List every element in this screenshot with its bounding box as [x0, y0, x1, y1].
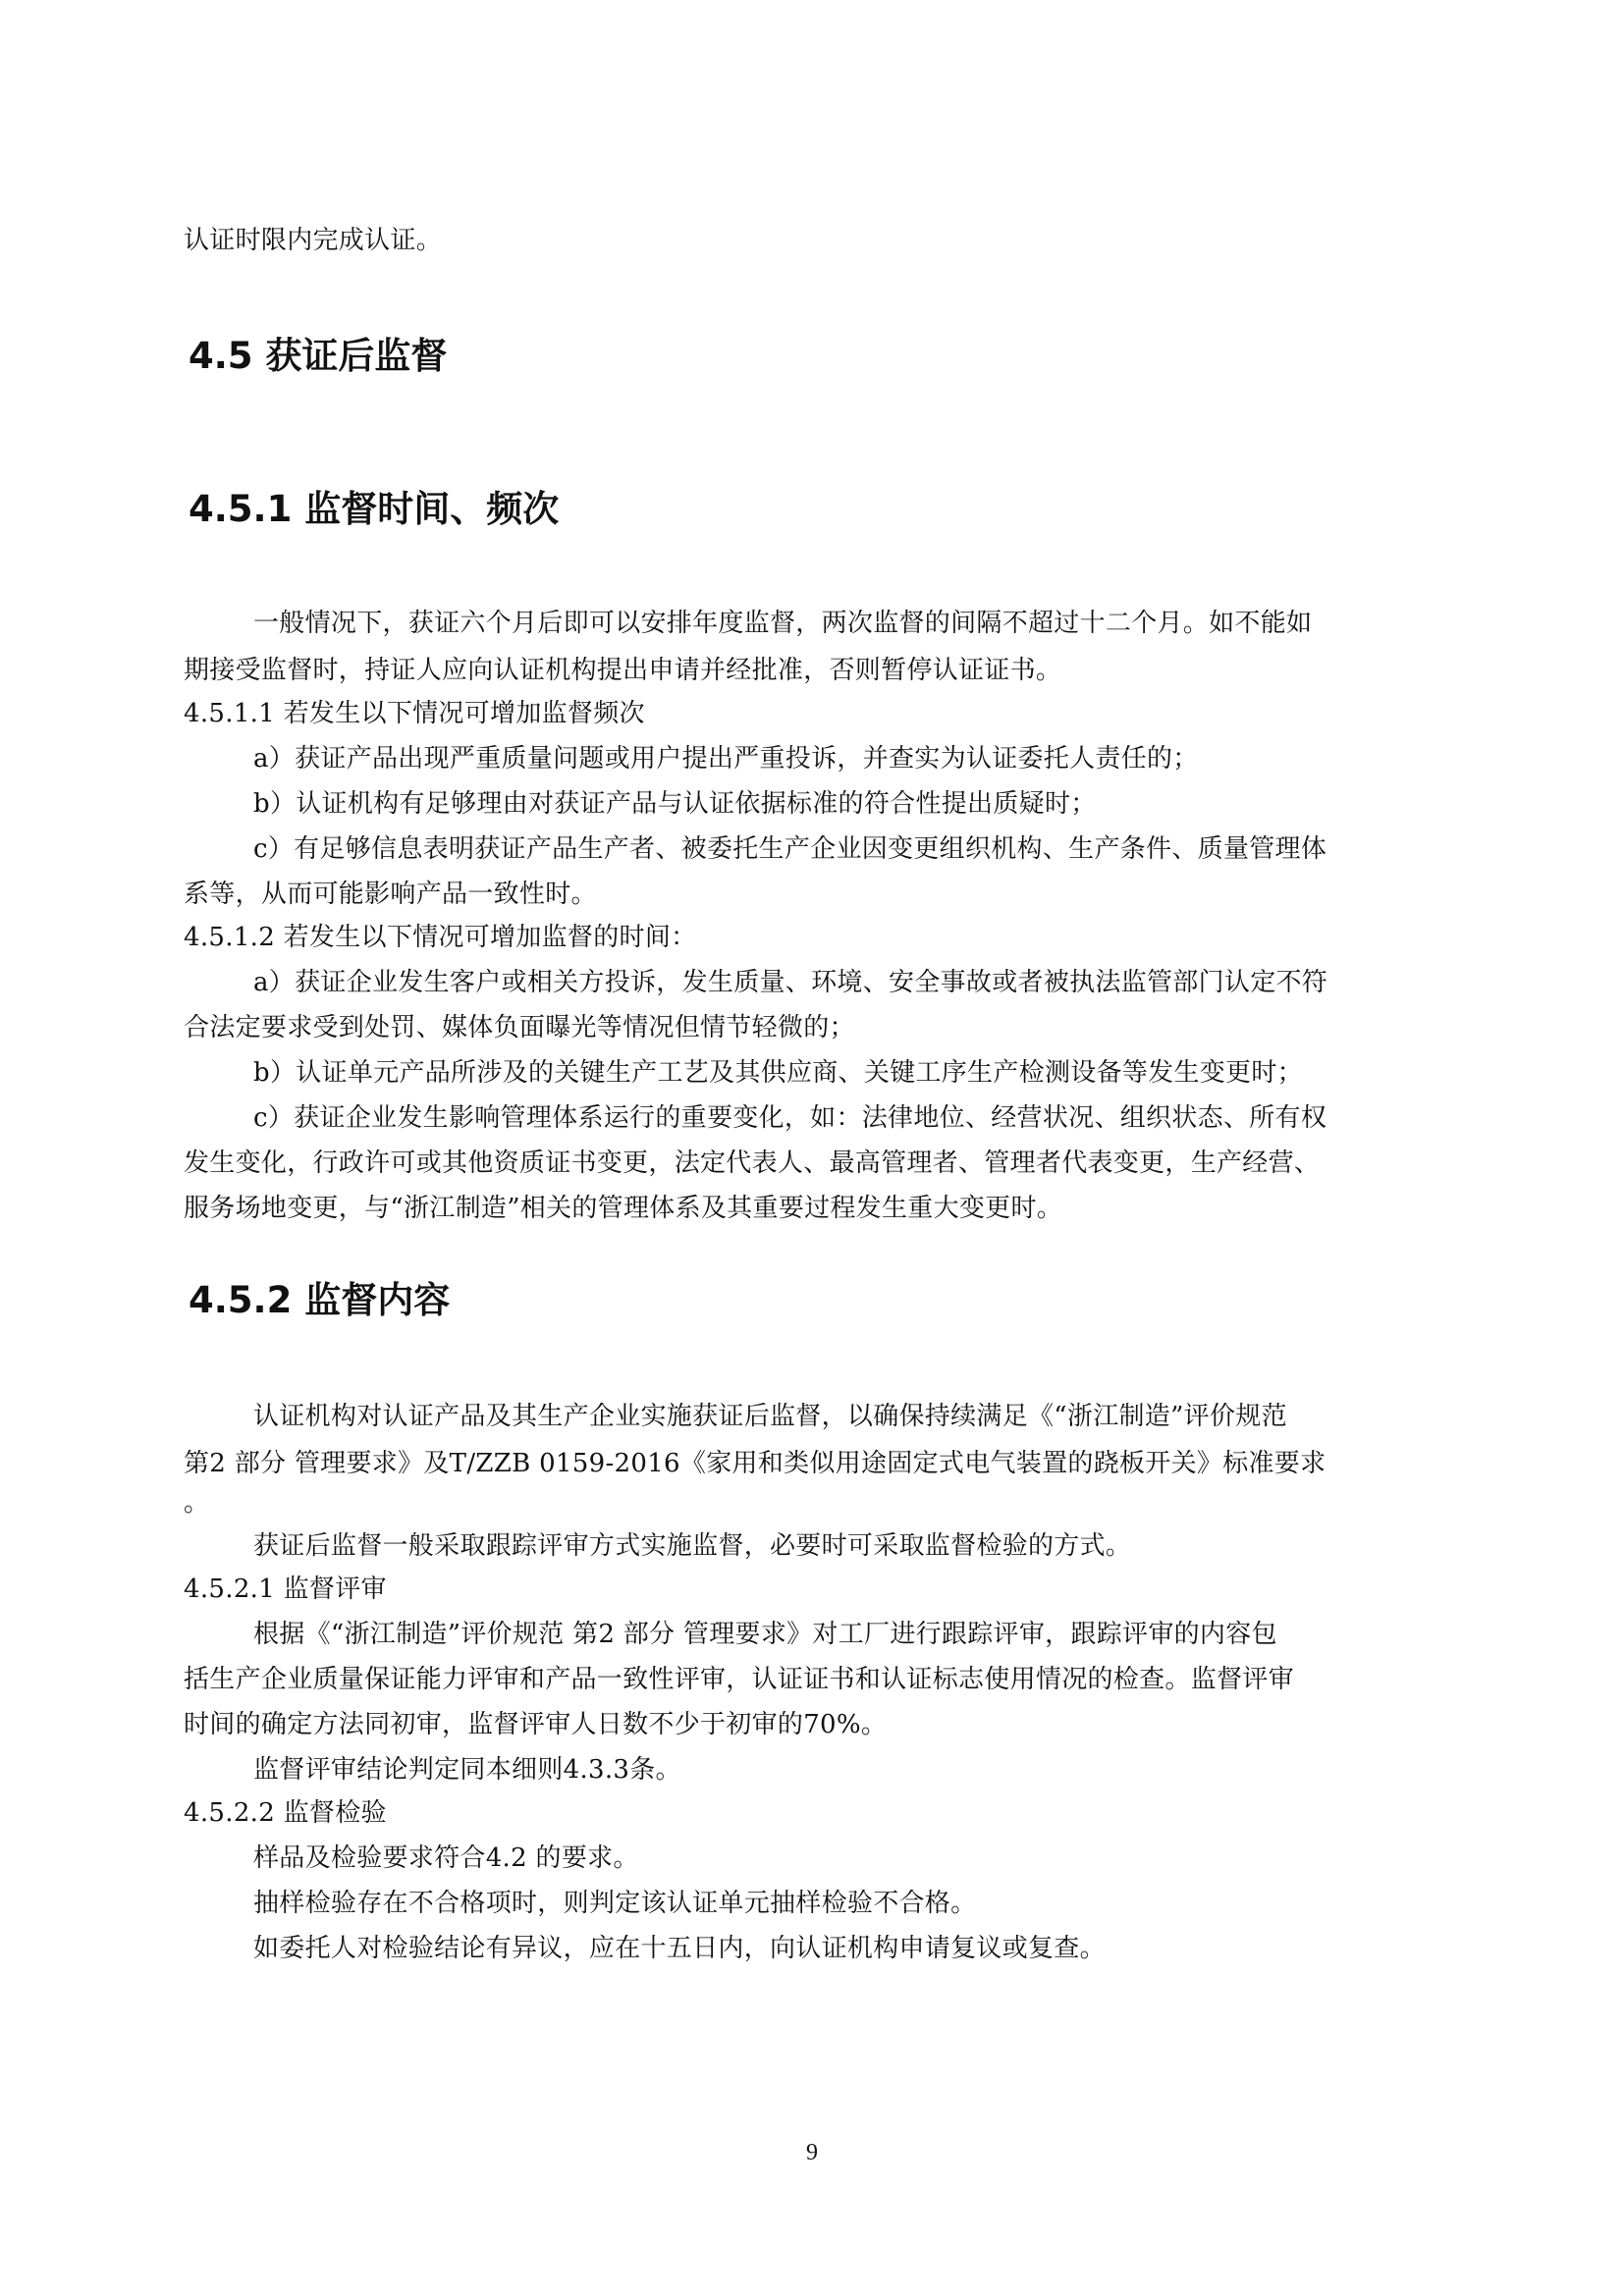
list-item: b）认证机构有足够理由对获证产品与认证依据标准的符合性提出质疑时；	[253, 787, 1520, 821]
document-page: 认证时限内完成认证。 4.5 获证后监督 4.5.1 监督时间、频次 一般情况下…	[0, 0, 1624, 2296]
subsection-heading-4-5-2-1: 4.5.2.1 监督评审	[184, 1573, 1450, 1606]
paragraph-line: 如委托人对检验结论有异议，应在十五日内，向认证机构申请复议或复查。	[253, 1932, 1520, 1965]
list-item-continuation: 服务场地变更，与“浙江制造”相关的管理体系及其重要过程发生重大变更时。	[184, 1192, 1450, 1225]
list-item-continuation: 合法定要求受到处罚、媒体负面曝光等情况但情节轻微的；	[184, 1011, 1450, 1044]
paragraph-line: 一般情况下，获证六个月后即可以安排年度监督，两次监督的间隔不超过十二个月。如不能…	[253, 607, 1520, 640]
list-item: a）获证企业发生客户或相关方投诉，发生质量、环境、安全事故或者被执法监管部门认定…	[253, 966, 1520, 999]
subsection-heading-4-5-1-1: 4.5.1.1 若发生以下情况可增加监督频次	[184, 697, 1450, 730]
paragraph-line: 期接受监督时，持证人应向认证机构提出申请并经批准，否则暂停认证证书。	[184, 654, 1450, 687]
list-item: b）认证单元产品所涉及的关键生产工艺及其供应商、关键工序生产检测设备等发生变更时…	[253, 1056, 1520, 1090]
paragraph-line: 第2 部分 管理要求》及T/ZZB 0159-2016《家用和类似用途固定式电气…	[184, 1447, 1450, 1480]
section-heading-4-5: 4.5 获证后监督	[189, 334, 447, 379]
paragraph-line: 监督评审结论判定同本细则4.3.3条。	[253, 1753, 1520, 1787]
paragraph-line: 括生产企业质量保证能力评审和产品一致性评审，认证证书和认证标志使用情况的检查。监…	[184, 1663, 1450, 1696]
page-number: 9	[0, 2140, 1624, 2166]
list-item: c）有足够信息表明获证产品生产者、被委托生产企业因变更组织机构、生产条件、质量管…	[253, 832, 1520, 866]
paragraph-line: 认证机构对认证产品及其生产企业实施获证后监督，以确保持续满足《“浙江制造”评价规…	[253, 1400, 1520, 1433]
paragraph-line: 。	[184, 1486, 1450, 1520]
paragraph-line: 样品及检验要求符合4.2 的要求。	[253, 1842, 1520, 1875]
section-heading-4-5-2: 4.5.2 监督内容	[189, 1278, 450, 1323]
list-item-continuation: 发生变化，行政许可或其他资质证书变更，法定代表人、最高管理者、管理者代表变更，生…	[184, 1147, 1450, 1180]
paragraph-line: 抽样检验存在不合格项时，则判定该认证单元抽样检验不合格。	[253, 1887, 1520, 1920]
list-item: c）获证企业发生影响管理体系运行的重要变化，如：法律地位、经营状况、组织状态、所…	[253, 1101, 1520, 1135]
list-item-continuation: 系等，从而可能影响产品一致性时。	[184, 878, 1450, 911]
subsection-heading-4-5-1-2: 4.5.1.2 若发生以下情况可增加监督的时间：	[184, 921, 1450, 954]
paragraph-line: 时间的确定方法同初审，监督评审人日数不少于初审的70%。	[184, 1708, 1450, 1741]
paragraph-line: 根据《“浙江制造”评价规范 第2 部分 管理要求》对工厂进行跟踪评审，跟踪评审的…	[253, 1618, 1520, 1651]
subsection-heading-4-5-2-2: 4.5.2.2 监督检验	[184, 1796, 1450, 1830]
list-item: a）获证产品出现严重质量问题或用户提出严重投诉，并查实为认证委托人责任的；	[253, 742, 1520, 775]
section-heading-4-5-1: 4.5.1 监督时间、频次	[189, 487, 559, 532]
continued-text: 认证时限内完成认证。	[184, 224, 1450, 257]
paragraph-line: 获证后监督一般采取跟踪评审方式实施监督，必要时可采取监督检验的方式。	[253, 1529, 1520, 1563]
